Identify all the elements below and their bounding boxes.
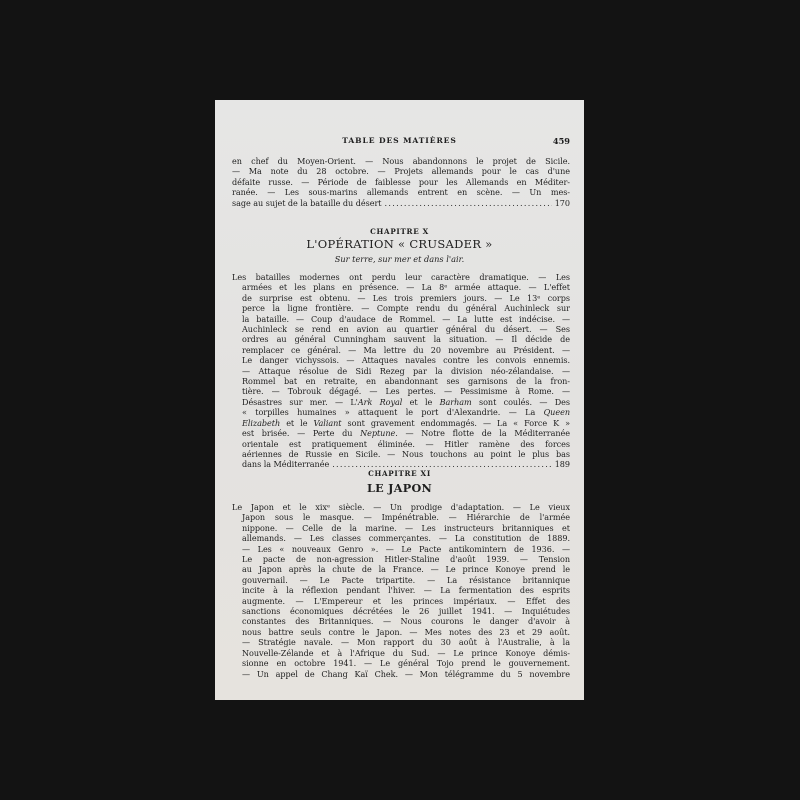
toc-line: armées et les plans en présence. — La 8ᵉ… (232, 282, 570, 292)
toc-line: — Ma note du 28 octobre. — Projets allem… (232, 166, 570, 176)
toc-line: sionne en octobre 1941. — Le général Toj… (232, 658, 570, 668)
page-reference: 170 (555, 198, 570, 208)
running-head: TABLE DES MATIÈRES 459 (215, 136, 584, 148)
toc-line: — Stratégie navale. — Mon rapport du 30 … (232, 637, 570, 647)
toc-line: Nouvelle-Zélande et à l'Afrique du Sud. … (232, 648, 570, 658)
toc-line: nous battre seuls contre le Japon. — Mes… (232, 627, 570, 637)
toc-line: remplacer ce général. — Ma lettre du 20 … (232, 345, 570, 355)
chapter-xi-title: LE JAPON (215, 481, 584, 495)
toc-line: Désastres sur mer. — L'Ark Royal et le B… (232, 397, 570, 407)
chapter-x-label: CHAPITRE X (215, 227, 584, 236)
chapter-ix-continuation: en chef du Moyen-Orient. — Nous abandonn… (232, 156, 570, 208)
toc-line: Elizabeth et le Valiant sont gravement e… (232, 418, 570, 428)
toc-line: est brisée. — Perte du Neptune. — Notre … (232, 428, 570, 438)
toc-line: Le pacte de non-agression Hitler-Staline… (232, 554, 570, 564)
toc-line: incite à la réflexion pendant l'hiver. —… (232, 585, 570, 595)
toc-line: aériennes de Russie en Sicile. — Nous to… (232, 449, 570, 459)
toc-line: sanctions économiques décrétées le 26 ju… (232, 606, 570, 616)
page-number: 459 (553, 136, 570, 146)
toc-line: Le danger vichyssois. — Attaques navales… (232, 355, 570, 365)
toc-line: tière. — Tobrouk dégagé. — Les pertes. —… (232, 386, 570, 396)
toc-line: augmente. — L'Empereur et les princes im… (232, 596, 570, 606)
toc-line: ordres au général Cunningham sauvent la … (232, 334, 570, 344)
toc-line: gouvernail. — Le Pacte tripartite. — La … (232, 575, 570, 585)
chapter-x-summary: Les batailles modernes ont perdu leur ca… (232, 272, 570, 470)
toc-line: perce la ligne frontière. — Compte rendu… (232, 303, 570, 313)
toc-line: sage au sujet de la bataille du désert (232, 198, 381, 208)
toc-line: Japon sous le masque. — Impénétrable. — … (232, 512, 570, 522)
toc-line: en chef du Moyen-Orient. — Nous abandonn… (232, 156, 570, 166)
toc-line: constantes des Britanniques. — Nous cour… (232, 616, 570, 626)
chapter-x-subtitle: Sur terre, sur mer et dans l'air. (215, 254, 584, 264)
chapter-x-title: L'OPÉRATION « CRUSADER » (215, 237, 584, 251)
toc-line: — Un appel de Chang Kaï Chek. — Mon télé… (232, 669, 570, 679)
toc-line: — Les « nouveaux Genro ». — Le Pacte ant… (232, 544, 570, 554)
toc-entry-end: sage au sujet de la bataille du désert .… (232, 198, 570, 208)
book-page: TABLE DES MATIÈRES 459 en chef du Moyen-… (215, 100, 584, 700)
chapter-xi-label: CHAPITRE XI (215, 469, 584, 478)
toc-line: Les batailles modernes ont perdu leur ca… (232, 272, 570, 282)
toc-line: nippone. — Celle de la marine. — Les ins… (232, 523, 570, 533)
toc-line: Rommel bat en retraite, en abandonnant s… (232, 376, 570, 386)
toc-line: « torpilles humaines » attaquent le port… (232, 407, 570, 417)
toc-line: Le Japon et le xixᵉ siècle. — Un prodige… (232, 502, 570, 512)
toc-line: ranée. — Les sous-marins allemands entre… (232, 187, 570, 197)
toc-line: orientale est pratiquement éliminée. — H… (232, 439, 570, 449)
running-head-title: TABLE DES MATIÈRES (215, 136, 584, 145)
toc-line: défaite russe. — Période de faiblesse po… (232, 177, 570, 187)
toc-line: Auchinleck se rend en avion au quartier … (232, 324, 570, 334)
toc-line: — Attaque résolue de Sidi Rezeg par la d… (232, 366, 570, 376)
leader-dots: ........................................… (384, 198, 551, 208)
toc-line: allemands. — Les classes commerçantes. —… (232, 533, 570, 543)
chapter-xi-summary: Le Japon et le xixᵉ siècle. — Un prodige… (232, 502, 570, 679)
toc-line: la bataille. — Coup d'audace de Rommel. … (232, 314, 570, 324)
toc-line: de surprise est obtenu. — Les trois prem… (232, 293, 570, 303)
toc-line: au Japon après la chute de la France. — … (232, 564, 570, 574)
